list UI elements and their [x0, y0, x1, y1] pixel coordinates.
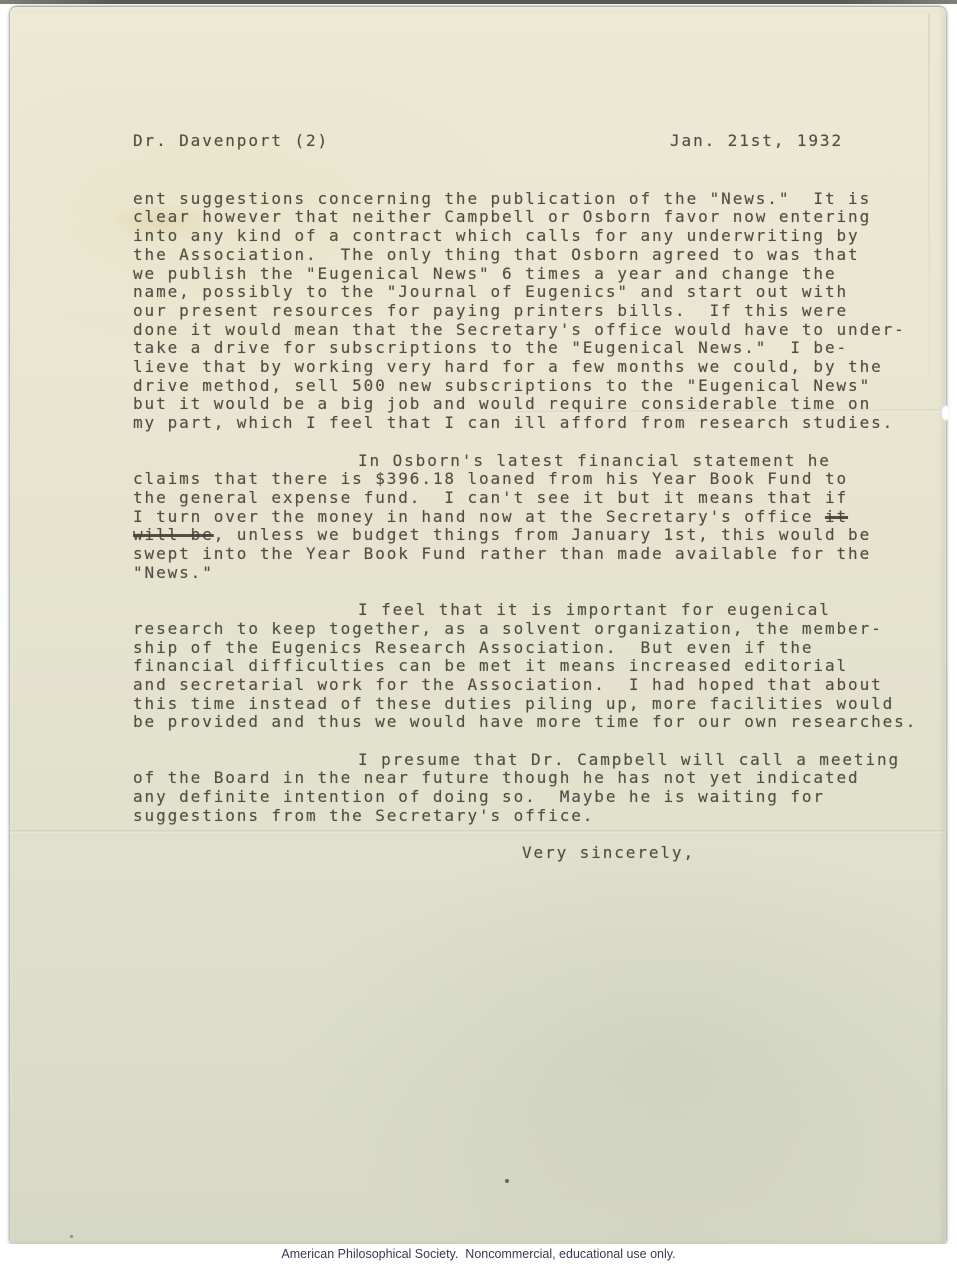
letter-line: into any kind of a contract which calls …	[133, 227, 887, 246]
archive-attribution: American Philosophical Society. Noncomme…	[0, 1244, 957, 1266]
letter-text-segment: ship of the Eugenics Research Associatio…	[133, 638, 813, 657]
struck-out-text: it	[825, 507, 848, 526]
recipient-page-label: Dr. Davenport (2)	[133, 132, 329, 151]
letter-text-segment: the Association. The only thing that Osb…	[133, 245, 860, 264]
letter-line: of the Board in the near future though h…	[133, 769, 887, 788]
letter-text-segment: into any kind of a contract which calls …	[133, 226, 860, 245]
letter-text: Dr. Davenport (2) Jan. 21st, 1932 ent su…	[133, 132, 887, 863]
letter-line: suggestions from the Secretary's office.	[133, 807, 887, 826]
letter-line: but it would be a big job and would requ…	[133, 395, 887, 414]
letter-text-segment: suggestions from the Secretary's office.	[133, 806, 594, 825]
letter-line: we publish the "Eugenical News" 6 times …	[133, 265, 887, 284]
letter-text-segment: swept into the Year Book Fund rather tha…	[133, 544, 871, 563]
struck-out-text: will be	[133, 525, 214, 544]
letter-text-segment: financial difficulties can be met it mea…	[133, 656, 848, 675]
paper-edge-notch	[940, 405, 950, 421]
letter-line: take a drive for subscriptions to the "E…	[133, 339, 887, 358]
letter-text-segment: and secretarial work for the Association…	[133, 675, 883, 694]
letter-text-segment: claims that there is $396.18 loaned from…	[133, 469, 848, 488]
letter-line: any definite intention of doing so. Mayb…	[133, 788, 887, 807]
letter-text-segment: take a drive for subscriptions to the "E…	[133, 338, 848, 357]
letter-line: ent suggestions concerning the publicati…	[133, 190, 887, 209]
letter-text-segment: my part, which I feel that I can ill aff…	[133, 413, 894, 432]
letter-paragraph: I feel that it is important for eugenica…	[133, 601, 887, 732]
letter-text-segment: "News."	[133, 563, 214, 582]
letter-text-segment: this time instead of these duties piling…	[133, 694, 894, 713]
letter-line: the Association. The only thing that Osb…	[133, 246, 887, 265]
letter-line: the general expense fund. I can't see it…	[133, 489, 887, 508]
letter-text-segment: lieve that by working very hard for a fe…	[133, 357, 883, 376]
letter-line: my part, which I feel that I can ill aff…	[133, 414, 887, 433]
letter-line: be provided and thus we would have more …	[133, 713, 887, 732]
letter-paragraph: ent suggestions concerning the publicati…	[133, 190, 887, 433]
letter-text-segment: , unless we budget things from January 1…	[214, 525, 871, 544]
letter-line: swept into the Year Book Fund rather tha…	[133, 545, 887, 564]
letter-line: drive method, sell 500 new subscriptions…	[133, 377, 887, 396]
letter-line: "News."	[133, 564, 887, 583]
letter-text-segment: clear however that neither Campbell or O…	[133, 207, 871, 226]
letter-paragraph: I presume that Dr. Campbell will call a …	[133, 751, 887, 826]
letter-line: lieve that by working very hard for a fe…	[133, 358, 887, 377]
letter-text-segment: any definite intention of doing so. Mayb…	[133, 787, 825, 806]
letter-line: done it would mean that the Secretary's …	[133, 321, 887, 340]
letter-text-segment: I feel that it is important for eugenica…	[358, 600, 831, 619]
letter-text-segment: In Osborn's latest financial statement h…	[358, 451, 831, 470]
paper-speck	[70, 1235, 73, 1238]
letter-page: Dr. Davenport (2) Jan. 21st, 1932 ent su…	[10, 7, 946, 1244]
paper-speck	[505, 1179, 509, 1183]
letter-line: research to keep together, as a solvent …	[133, 620, 887, 639]
letter-text-segment: I turn over the money in hand now at the…	[133, 507, 825, 526]
letter-line: I feel that it is important for eugenica…	[133, 601, 887, 620]
letter-line: In Osborn's latest financial statement h…	[133, 452, 887, 471]
letter-text-segment: our present resources for paying printer…	[133, 301, 848, 320]
letter-line: claims that there is $396.18 loaned from…	[133, 470, 887, 489]
letter-text-segment: be provided and thus we would have more …	[133, 712, 917, 731]
letter-text-segment: but it would be a big job and would requ…	[133, 394, 871, 413]
scanned-letter-screenshot: Dr. Davenport (2) Jan. 21st, 1932 ent su…	[0, 0, 957, 1266]
letter-closing: Very sincerely,	[522, 844, 887, 863]
letter-header: Dr. Davenport (2) Jan. 21st, 1932	[133, 132, 887, 151]
letter-line: ship of the Eugenics Research Associatio…	[133, 639, 887, 658]
letter-text-segment: name, possibly to the "Journal of Eugeni…	[133, 282, 848, 301]
letter-line: and secretarial work for the Association…	[133, 676, 887, 695]
letter-text-segment: I presume that Dr. Campbell will call a …	[358, 750, 900, 769]
letter-line: will be, unless we budget things from Ja…	[133, 526, 887, 545]
letter-text-segment: done it would mean that the Secretary's …	[133, 320, 906, 339]
letter-line: financial difficulties can be met it mea…	[133, 657, 887, 676]
letter-text-segment: drive method, sell 500 new subscriptions…	[133, 376, 871, 395]
letter-line: name, possibly to the "Journal of Eugeni…	[133, 283, 887, 302]
letter-paragraph: In Osborn's latest financial statement h…	[133, 452, 887, 583]
letter-text-segment: research to keep together, as a solvent …	[133, 619, 883, 638]
letter-text-segment: of the Board in the near future though h…	[133, 768, 860, 787]
letter-text-segment: we publish the "Eugenical News" 6 times …	[133, 264, 837, 283]
letter-text-segment: ent suggestions concerning the publicati…	[133, 189, 871, 208]
letter-line: this time instead of these duties piling…	[133, 695, 887, 714]
letter-date: Jan. 21st, 1932	[670, 132, 843, 151]
letter-body: ent suggestions concerning the publicati…	[133, 190, 887, 826]
scan-top-edge	[0, 0, 957, 4]
letter-line: clear however that neither Campbell or O…	[133, 208, 887, 227]
letter-text-segment: the general expense fund. I can't see it…	[133, 488, 848, 507]
letter-line: our present resources for paying printer…	[133, 302, 887, 321]
letter-line: I presume that Dr. Campbell will call a …	[133, 751, 887, 770]
letter-line: I turn over the money in hand now at the…	[133, 508, 887, 527]
fold-crease-vertical	[928, 13, 930, 433]
